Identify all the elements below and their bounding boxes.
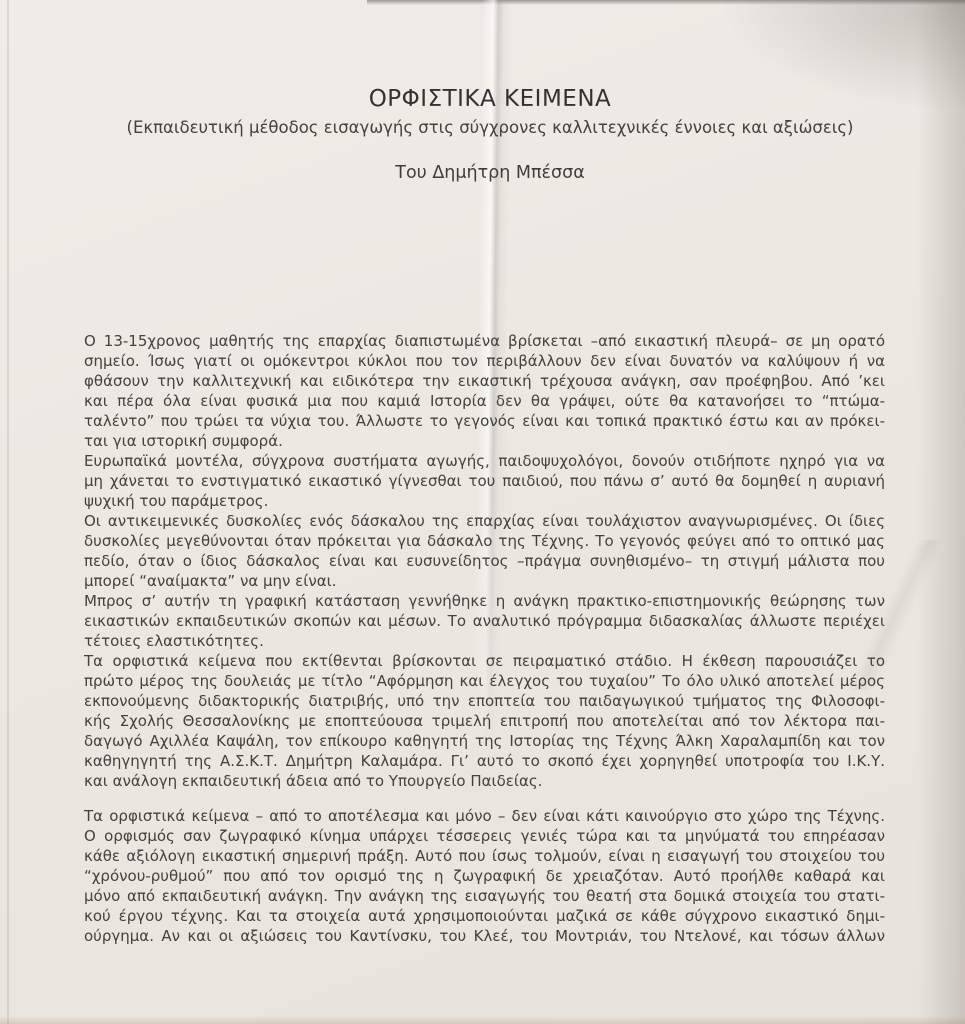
text-line: Μπρος σ’ αυτήν τη γραφική κατάσταση γενν… [84,591,885,611]
paragraph: Μπρος σ’ αυτήν τη γραφική κατάσταση γενν… [84,591,885,651]
text-line: καθηγηγητή της Α.Σ.Κ.Τ. Δημήτρη Καλαμάρα… [84,751,885,771]
text-line: τέτοιες ελαστικότητες. [84,631,885,651]
text-line: σημείο. Ίσως γιατί οι ομόκεντροι κύκλοι … [84,351,885,371]
text-line: μπορεί “αναίμακτα” να μην είναι. [84,571,885,591]
byline: Του Δημήτρη Μπέσσα [60,163,920,183]
text-line: δαγωγό Αχιλλέα Καψάλη, τον επίκουρο καθη… [84,731,885,751]
text-line: εικαστικών εκπαιδευτικών σκοπών και μέσω… [84,611,885,631]
text-line: ται για ιστορική συμφορά. [84,431,885,451]
paragraph: Οι αντικειμενικές δυσκολίες ενός δάσκαλο… [84,511,885,591]
text-line: δυσκολίες μεγεθύνονται όταν πρόκειται γι… [84,531,885,551]
text-line: μόνο από εκπαιδευτική ανάγκη. Την ανάγκη… [84,886,885,906]
text-line: Οι αντικειμενικές δυσκολίες ενός δάσκαλο… [84,511,885,531]
scan-right-edge-shadow [917,0,965,1024]
scan-bottom-edge-shadow [0,1016,965,1024]
text-line: ούργημα. Αν και οι αξιώσεις του Καντίνσκ… [84,926,885,946]
document-body: Ο 13-15χρονος μαθητής της επαρχίας διαπι… [84,331,885,946]
text-line: “χρόνου-ρυθμού” που από τον ορισμό της η… [84,866,885,886]
document-header: ΟΡΦΙΣΤΙΚΑ ΚΕΙΜΕΝΑ (Εκπαιδευτική μέθοδος … [60,86,920,183]
text-line: μη χάνεται το ενστιγματικό εικαστικό γίγ… [84,471,885,491]
paragraph: Τα ορφιστικά κείμενα που εκτίθενται βρίσ… [84,651,885,791]
text-line: κάθε αξιόλογη εικαστική σημερινή πράξη. … [84,846,885,866]
text-line: και πέρα όλα είναι φυσικά μια που καμιά … [84,391,885,411]
text-line: Ο ορφισμός σαν ζωγραφικό κίνημα υπάρχει … [84,826,885,846]
paragraph: Ευρωπαϊκά μοντέλα, σύγχρονα συστήματα αγ… [84,451,885,511]
page-title: ΟΡΦΙΣΤΙΚΑ ΚΕΙΜΕΝΑ [60,86,920,112]
text-line: Ευρωπαϊκά μοντέλα, σύγχρονα συστήματα αγ… [84,451,885,471]
text-line: ψυχική του παράμετρος. [84,491,885,511]
text-line: Ο 13-15χρονος μαθητής της επαρχίας διαπι… [84,331,885,351]
scan-top-edge-shadow [367,0,965,5]
text-line: φθάσουν την καλλιτεχνική και ειδικότερα … [84,371,885,391]
paragraph: Ο 13-15χρονος μαθητής της επαρχίας διαπι… [84,331,885,451]
text-line: ταλέντο” που τρώει τα νύχια του. Άλλωστε… [84,411,885,431]
text-line: και ανάλογη εκπαιδευτική άδεια από το Υπ… [84,771,885,791]
paragraph: Τα ορφιστικά κείμενα – από το αποτέλεσμα… [84,806,885,946]
text-line: πρώτο μέρος της δουλειάς με τίτλο “Αφόρμ… [84,671,885,691]
text-line: εκπονούμενης διδακτορικής διατριβής, υπό… [84,691,885,711]
scanned-page: ΟΡΦΙΣΤΙΚΑ ΚΕΙΜΕΝΑ (Εκπαιδευτική μέθοδος … [0,0,965,1024]
text-line: κής Σχολής Θεσσαλονίκης με εποπτεύουσα τ… [84,711,885,731]
text-line: Τα ορφιστικά κείμενα – από το αποτέλεσμα… [84,806,885,826]
text-line: πεδίο, όταν ο ίδιος δάσκαλος είναι και ε… [84,551,885,571]
page-subtitle: (Εκπαιδευτική μέθοδος εισαγωγής στις σύγ… [60,118,920,137]
text-line: κού έργου τέχνης. Και τα στοιχεία αυτά χ… [84,906,885,926]
text-line: Τα ορφιστικά κείμενα που εκτίθενται βρίσ… [84,651,885,671]
scan-left-edge-line [7,0,9,1024]
